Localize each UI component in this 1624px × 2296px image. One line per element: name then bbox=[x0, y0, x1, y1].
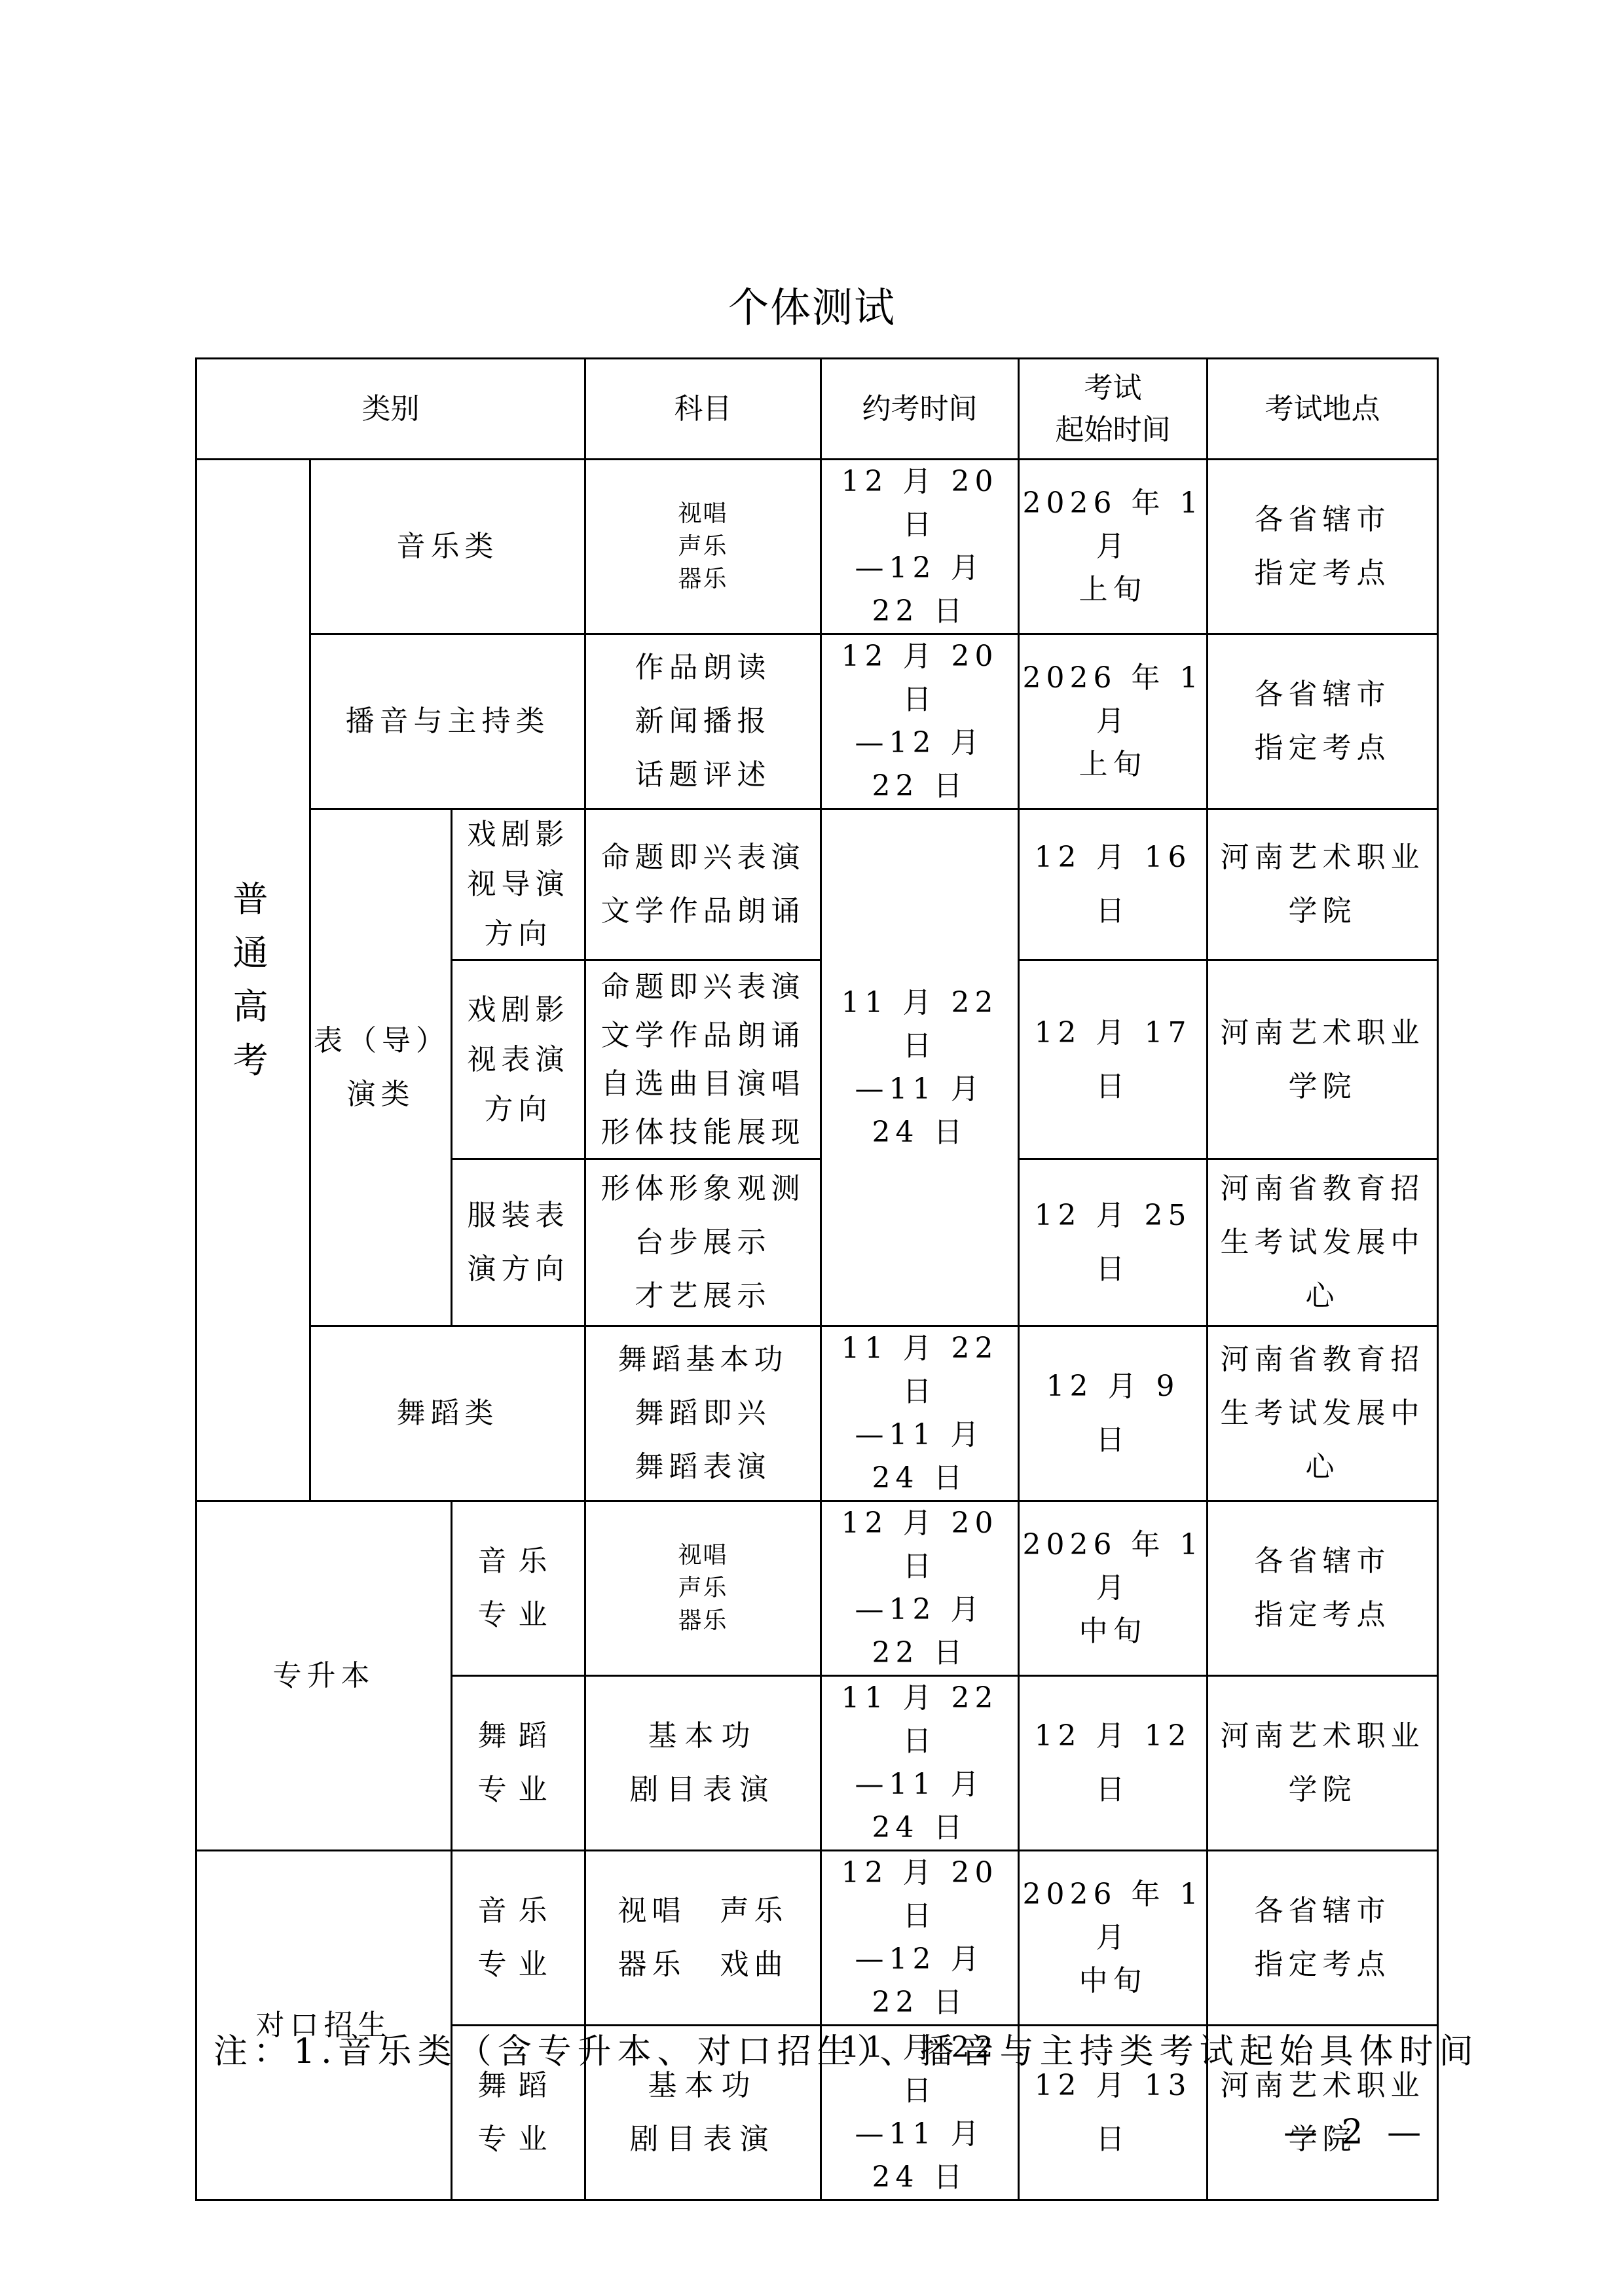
page-number: — 2 — bbox=[1283, 2109, 1428, 2155]
start-cell: 2026 年 1 月 上旬 bbox=[1019, 460, 1208, 634]
location-cell: 各省辖市 指定考点 bbox=[1208, 1501, 1438, 1676]
booking-cell: 12 月 20 日 —12 月 22 日 bbox=[821, 1851, 1019, 2026]
direction-cell: 服装表 演方向 bbox=[452, 1159, 585, 1326]
footnote: 注：1.音乐类（含专升本、对口招生）、播音与主持类考试起始具体时间 bbox=[213, 2026, 1479, 2078]
category-music: 音乐类 bbox=[310, 460, 585, 634]
location-cell: 河南省教育招 生考试发展中 心 bbox=[1208, 1159, 1438, 1326]
location-cell: 河南艺术职业 学院 bbox=[1208, 809, 1438, 960]
booking-cell: 12 月 20 日 —12 月 22 日 bbox=[821, 1501, 1019, 1676]
schedule-table: 类别 科目 约考时间 考试 起始时间 考试地点 普 通 高 考 音乐类 视唱 声… bbox=[195, 357, 1439, 2201]
subjects-cell: 作品朗读 新闻播报 话题评述 bbox=[585, 634, 821, 809]
location-cell: 各省辖市 指定考点 bbox=[1208, 460, 1438, 634]
booking-cell: 12 月 20 日 —12 月 22 日 bbox=[821, 460, 1019, 634]
subjects-cell: 形体形象观测 台步展示 才艺展示 bbox=[585, 1159, 821, 1326]
header-subjects: 科目 bbox=[585, 359, 821, 460]
booking-cell: 12 月 20 日 —12 月 22 日 bbox=[821, 634, 1019, 809]
header-category: 类别 bbox=[196, 359, 585, 460]
direction-cell: 戏剧影 视表演 方向 bbox=[452, 960, 585, 1159]
table-row: 舞蹈类 舞蹈基本功 舞蹈即兴 舞蹈表演 11 月 22 日 —11 月 24 日… bbox=[196, 1326, 1438, 1501]
group-label-putong: 普 通 高 考 bbox=[196, 460, 310, 1501]
header-start-time: 考试 起始时间 bbox=[1019, 359, 1208, 460]
subjects-cell: 视唱 声乐 器乐 bbox=[585, 1501, 821, 1676]
booking-cell: 11 月 22 日 —11 月 24 日 bbox=[821, 1676, 1019, 1851]
subjects-cell: 命题即兴表演 文学作品朗诵 自选曲目演唱 形体技能展现 bbox=[585, 960, 821, 1159]
subjects-cell: 基本功 剧目表演 bbox=[585, 1676, 821, 1851]
start-cell: 2026 年 1 月 上旬 bbox=[1019, 634, 1208, 809]
major-cell: 音乐 专业 bbox=[452, 1501, 585, 1676]
subjects-cell: 命题即兴表演 文学作品朗诵 bbox=[585, 809, 821, 960]
booking-cell: 11 月 22 日 —11 月 24 日 bbox=[821, 809, 1019, 1326]
table-row: 播音与主持类 作品朗读 新闻播报 话题评述 12 月 20 日 —12 月 22… bbox=[196, 634, 1438, 809]
start-cell: 2026 年 1 月 中旬 bbox=[1019, 1501, 1208, 1676]
page-title: 个体测试 bbox=[0, 282, 1624, 334]
direction-cell: 戏剧影 视导演 方向 bbox=[452, 809, 585, 960]
subjects-cell: 视唱 声乐 器乐 bbox=[585, 460, 821, 634]
header-row: 类别 科目 约考时间 考试 起始时间 考试地点 bbox=[196, 359, 1438, 460]
subjects-cell: 视唱 声乐 器乐 戏曲 bbox=[585, 1851, 821, 2026]
subjects-cell: 舞蹈基本功 舞蹈即兴 舞蹈表演 bbox=[585, 1326, 821, 1501]
table-row: 普 通 高 考 音乐类 视唱 声乐 器乐 12 月 20 日 —12 月 22 … bbox=[196, 460, 1438, 634]
major-cell: 舞蹈 专业 bbox=[452, 1676, 585, 1851]
table-row: 表（导） 演类 戏剧影 视导演 方向 命题即兴表演 文学作品朗诵 11 月 22… bbox=[196, 809, 1438, 960]
table-row: 专升本 音乐 专业 视唱 声乐 器乐 12 月 20 日 —12 月 22 日 … bbox=[196, 1501, 1438, 1676]
header-booking-time: 约考时间 bbox=[821, 359, 1019, 460]
location-cell: 河南艺术职业 学院 bbox=[1208, 1676, 1438, 1851]
group-label-zhuanshengben: 专升本 bbox=[196, 1501, 452, 1851]
start-cell: 12 月 12 日 bbox=[1019, 1676, 1208, 1851]
category-broadcast: 播音与主持类 bbox=[310, 634, 585, 809]
start-cell: 12 月 9 日 bbox=[1019, 1326, 1208, 1501]
booking-cell: 11 月 22 日 —11 月 24 日 bbox=[821, 1326, 1019, 1501]
category-dance: 舞蹈类 bbox=[310, 1326, 585, 1501]
major-cell: 音乐 专业 bbox=[452, 1851, 585, 2026]
location-cell: 河南艺术职业 学院 bbox=[1208, 960, 1438, 1159]
header-location: 考试地点 bbox=[1208, 359, 1438, 460]
location-cell: 各省辖市 指定考点 bbox=[1208, 1851, 1438, 2026]
location-cell: 各省辖市 指定考点 bbox=[1208, 634, 1438, 809]
table-row: 对口招生 音乐 专业 视唱 声乐 器乐 戏曲 12 月 20 日 —12 月 2… bbox=[196, 1851, 1438, 2026]
category-performance: 表（导） 演类 bbox=[310, 809, 452, 1326]
start-cell: 12 月 25 日 bbox=[1019, 1159, 1208, 1326]
start-cell: 12 月 17 日 bbox=[1019, 960, 1208, 1159]
start-cell: 12 月 16 日 bbox=[1019, 809, 1208, 960]
location-cell: 河南省教育招 生考试发展中 心 bbox=[1208, 1326, 1438, 1501]
start-cell: 2026 年 1 月 中旬 bbox=[1019, 1851, 1208, 2026]
